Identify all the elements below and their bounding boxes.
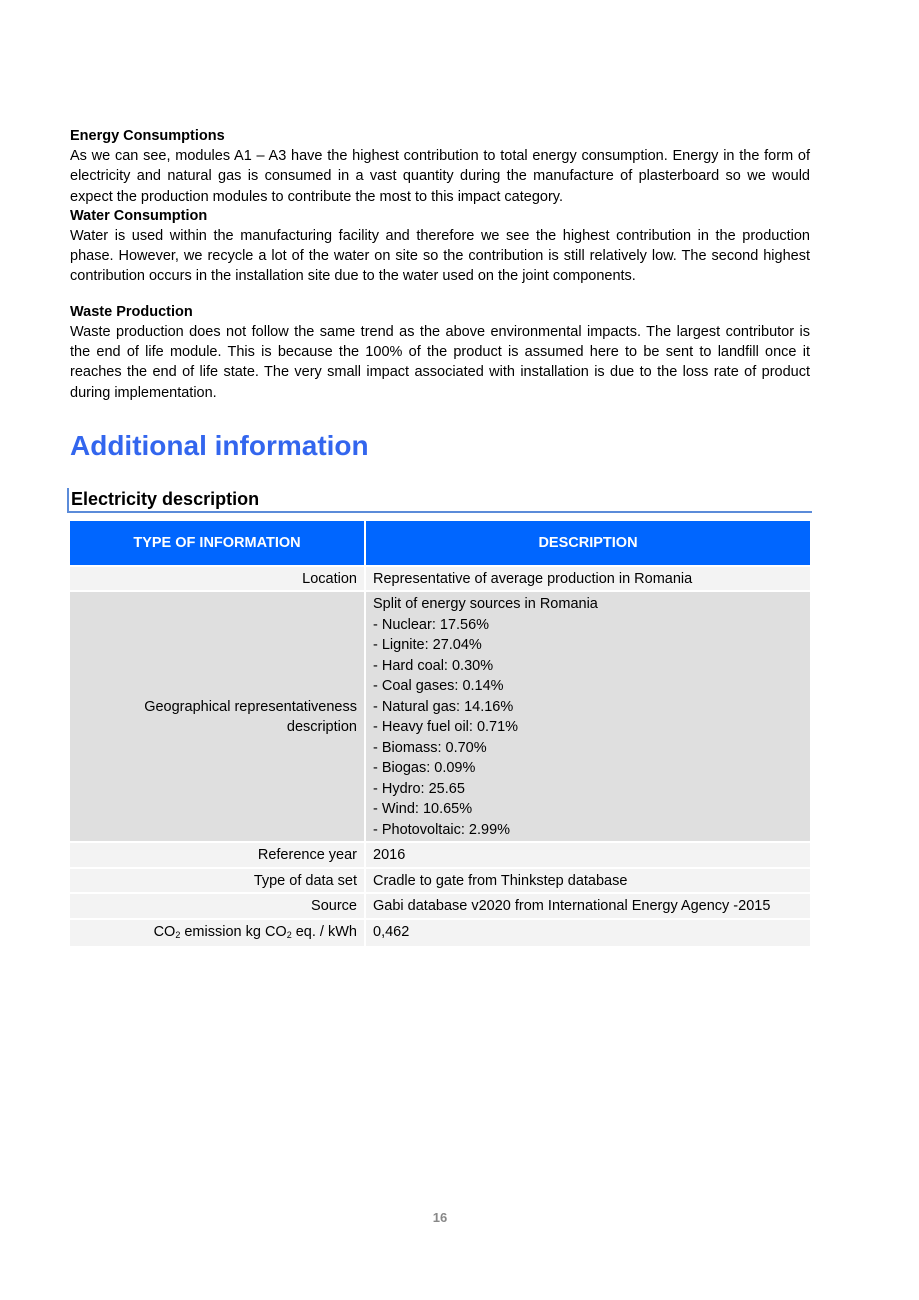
energy-split-list: - Nuclear: 17.56%- Lignite: 27.04%- Hard… — [373, 615, 803, 841]
row-value: 2016 — [366, 843, 810, 867]
energy-split-item: - Lignite: 27.04% — [373, 635, 803, 656]
energy-split-item: - Hard coal: 0.30% — [373, 656, 803, 677]
energy-split-item: - Wind: 10.65% — [373, 799, 803, 820]
subsection-title: Electricity description — [71, 488, 812, 510]
row-value: Split of energy sources in Romania - Nuc… — [366, 592, 810, 841]
energy-split-item: - Biogas: 0.09% — [373, 758, 803, 779]
table-header: TYPE OF INFORMATION DESCRIPTION — [70, 521, 810, 565]
row-value: Cradle to gate from Thinkstep database — [366, 869, 810, 893]
row-value: 0,462 — [366, 920, 810, 947]
table-row: Reference year 2016 — [70, 843, 810, 867]
paragraph-water: Water is used within the manufacturing f… — [70, 226, 810, 287]
row-key: CO2 emission kg CO2 eq. / kWh — [70, 920, 364, 947]
paragraph-waste: Waste production does not follow the sam… — [70, 322, 810, 403]
heading-energy: Energy Consumptions — [70, 127, 810, 146]
table-row: Source Gabi database v2020 from Internat… — [70, 894, 810, 918]
row-value: Gabi database v2020 from International E… — [366, 894, 810, 918]
electricity-table: TYPE OF INFORMATION DESCRIPTION Location… — [68, 521, 812, 947]
document-page: Energy Consumptions As we can see, modul… — [70, 127, 810, 946]
energy-split-item: - Natural gas: 14.16% — [373, 697, 803, 718]
table-row: Type of data set Cradle to gate from Thi… — [70, 869, 810, 893]
table-row: CO2 emission kg CO2 eq. / kWh 0,462 — [70, 920, 810, 947]
table-row: Location Representative of average produ… — [70, 567, 810, 591]
energy-split-item: - Hydro: 25.65 — [373, 779, 803, 800]
page-number: 16 — [0, 1210, 880, 1225]
heading-water: Water Consumption — [70, 207, 810, 226]
section-title: Additional information — [70, 429, 810, 463]
row-key: Source — [70, 894, 364, 918]
row-key: Location — [70, 567, 364, 591]
row-key: Type of data set — [70, 869, 364, 893]
paragraph-energy: As we can see, modules A1 – A3 have the … — [70, 146, 810, 207]
energy-split-item: - Heavy fuel oil: 0.71% — [373, 717, 803, 738]
heading-waste: Waste Production — [70, 303, 810, 322]
energy-split-item: - Biomass: 0.70% — [373, 738, 803, 759]
row-key: Reference year — [70, 843, 364, 867]
energy-split-item: - Coal gases: 0.14% — [373, 676, 803, 697]
energy-split-intro: Split of energy sources in Romania — [373, 594, 803, 615]
header-type: TYPE OF INFORMATION — [70, 521, 364, 565]
row-key: Geographical representativeness descript… — [70, 592, 364, 841]
table-row: Geographical representativeness descript… — [70, 592, 810, 841]
header-description: DESCRIPTION — [366, 521, 810, 565]
subsection-heading-rule: Electricity description — [67, 488, 812, 513]
energy-split-item: - Nuclear: 17.56% — [373, 615, 803, 636]
row-value: Representative of average production in … — [366, 567, 810, 591]
energy-split-item: - Photovoltaic: 2.99% — [373, 820, 803, 841]
